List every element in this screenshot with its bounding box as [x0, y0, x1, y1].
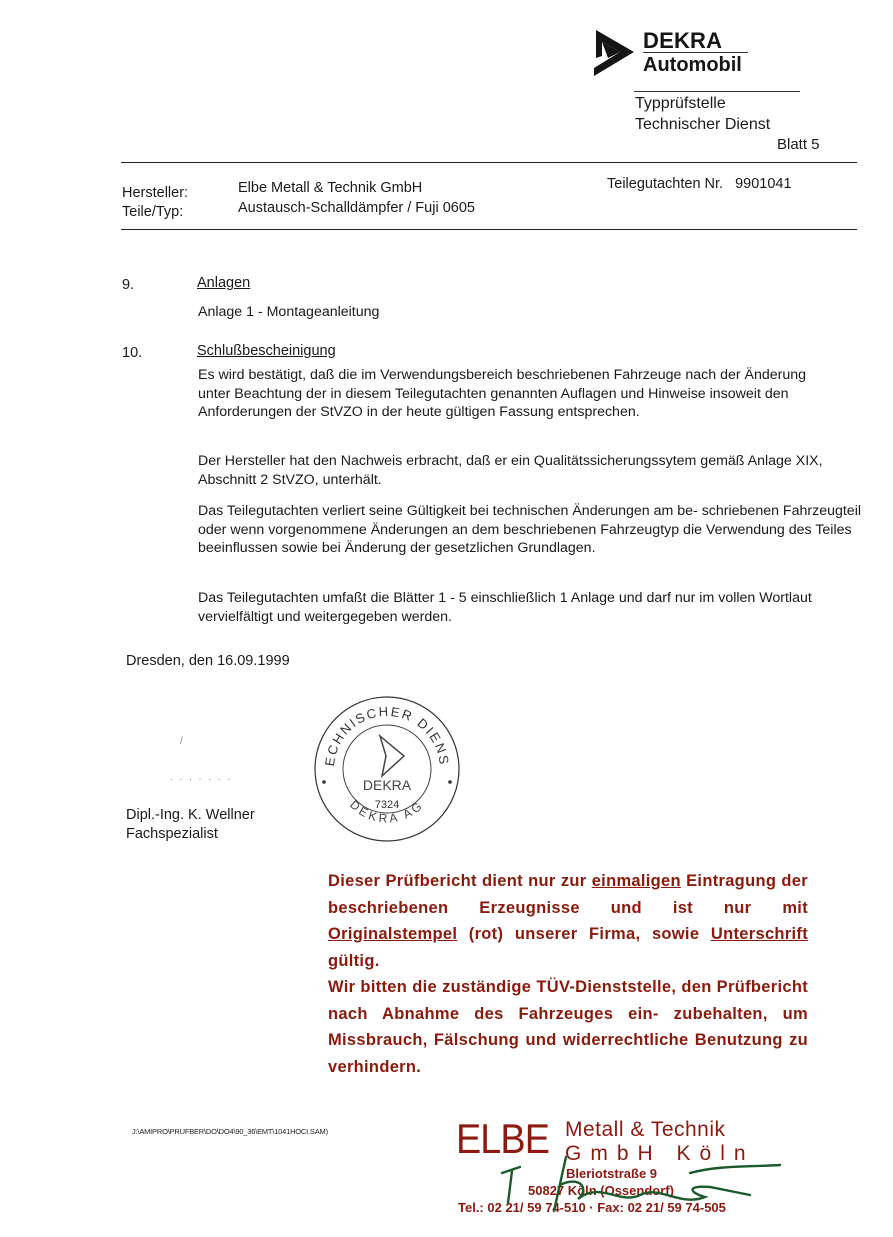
official-seal-stamp: TECHNISCHER DIENST DEKRA AG DEKRA 7324	[312, 694, 462, 844]
header-top-rule	[121, 162, 857, 163]
part-type-label: Teile/Typ:	[122, 204, 183, 220]
signer-name: Dipl.-Ing. K. Wellner	[126, 806, 255, 825]
signature-trace: /	[180, 736, 183, 747]
signer-title: Fachspezialist	[126, 825, 255, 844]
dekra-arrow-logo-icon	[590, 28, 636, 78]
company-stamp-name: Metall & Technik	[565, 1118, 726, 1142]
section-9-body: Anlage 1 - Montageanleitung	[198, 303, 863, 322]
paragraph-text: Das Teilegutachten umfaßt die Blätter 1 …	[198, 589, 863, 626]
paragraph-quality-system: Der Hersteller hat den Nachweis erbracht…	[198, 452, 848, 489]
handwritten-signature	[490, 1145, 790, 1215]
notice-text: (rot) unserer Firma, sowie	[457, 925, 711, 943]
svg-text:7324: 7324	[375, 799, 399, 811]
report-number-label: Teilegutachten Nr.	[607, 176, 723, 192]
section-number: 9.	[122, 277, 134, 293]
svg-text:DEKRA: DEKRA	[363, 777, 412, 793]
notice-emphasis: Unterschrift	[711, 925, 808, 943]
signature-trace: . . . . . . .	[170, 772, 232, 783]
paragraph-text: Es wird bestätigt, daß die im Verwendung…	[198, 366, 838, 422]
signer-block: Dipl.-Ing. K. Wellner Fachspezialist	[126, 806, 255, 844]
department-line: Technischer Dienst	[635, 115, 770, 135]
section-title-anlagen: Anlagen	[197, 275, 250, 291]
file-path: J:\AMIPRO\PRUFBER\DO\DO4\90_36\EMT\1041H…	[132, 1127, 328, 1136]
notice-validity-text: Dieser Prüfbericht dient nur zur einmali…	[328, 868, 808, 974]
svg-text:TECHNISCHER DIENST: TECHNISCHER DIENST	[312, 694, 452, 767]
red-notice-stamp: Dieser Prüfbericht dient nur zur einmali…	[328, 868, 808, 1080]
report-number-value: 9901041	[735, 176, 791, 192]
section-title-schlussbescheinigung: Schlußbescheinigung	[197, 343, 336, 359]
notice-text: gültig.	[328, 952, 380, 970]
attachment-item: Anlage 1 - Montageanleitung	[198, 303, 863, 322]
paragraph-scope: Das Teilegutachten umfaßt die Blätter 1 …	[198, 589, 863, 626]
brand-name: DEKRA	[643, 29, 722, 53]
paragraph-confirmation: Es wird bestätigt, daß die im Verwendung…	[198, 366, 838, 422]
notice-emphasis: Originalstempel	[328, 925, 457, 943]
place-and-date: Dresden, den 16.09.1999	[126, 653, 290, 669]
manufacturer-value: Elbe Metall & Technik GmbH	[238, 180, 422, 196]
department-divider	[634, 91, 800, 92]
department-line: Typprüfstelle	[635, 94, 726, 114]
notice-text: Dieser Prüfbericht dient nur zur	[328, 872, 592, 890]
header-bottom-rule	[121, 229, 857, 230]
section-number: 10.	[122, 345, 142, 361]
paragraph-text: Das Teilegutachten verliert seine Gültig…	[198, 502, 863, 558]
sheet-number: Blatt 5	[777, 136, 820, 153]
brand-subtitle: Automobil	[643, 54, 742, 76]
brand-divider	[643, 52, 748, 53]
notice-emphasis: einmaligen	[592, 872, 681, 890]
paragraph-validity: Das Teilegutachten verliert seine Gültig…	[198, 502, 863, 558]
notice-request-text: Wir bitten die zuständige TÜV-Dienststel…	[328, 974, 808, 1080]
paragraph-text: Der Hersteller hat den Nachweis erbracht…	[198, 452, 848, 489]
report-number: Teilegutachten Nr.9901041	[607, 176, 792, 192]
part-type-value: Austausch-Schalldämpfer / Fuji 0605	[238, 200, 475, 216]
manufacturer-label: Hersteller:	[122, 185, 188, 201]
